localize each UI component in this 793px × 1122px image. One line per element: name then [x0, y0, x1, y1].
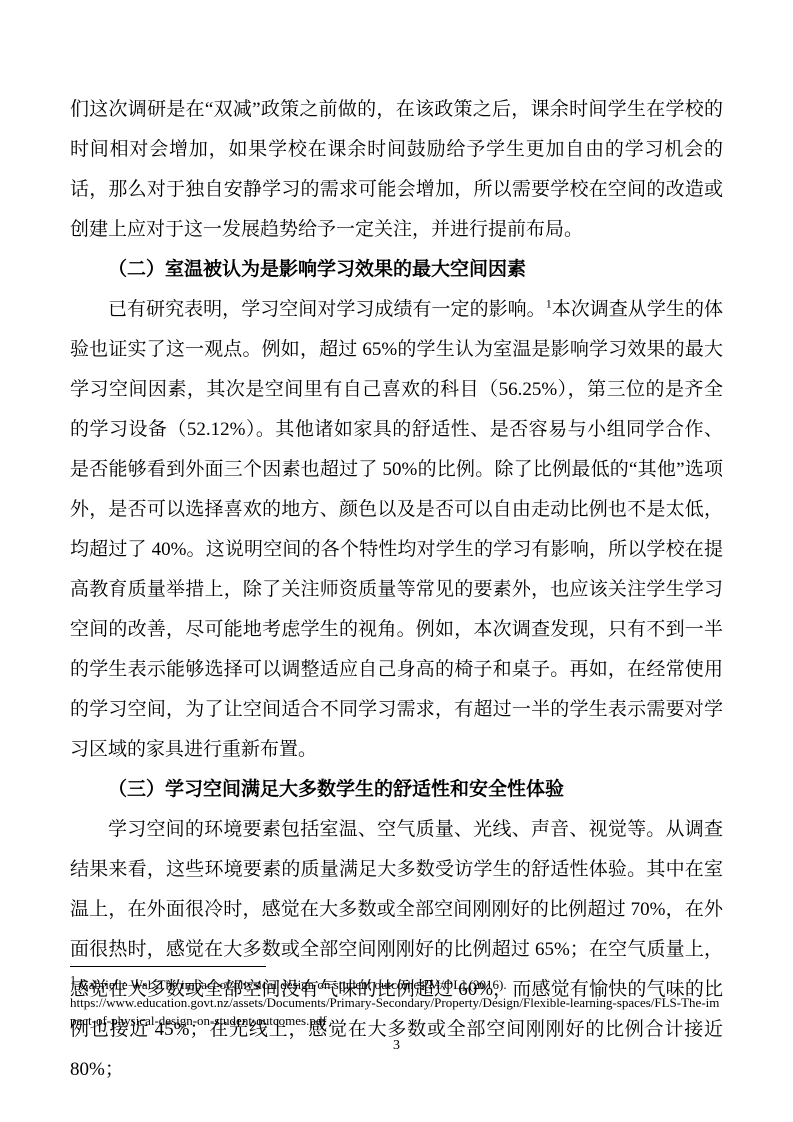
paragraph-temperature: 已有研究表明，学习空间对学习成绩有一定的影响。1本次调查从学生的体验也证实了这一…	[70, 290, 723, 770]
footnote-url: https://www.education.govt.nz/assets/Doc…	[70, 994, 723, 1030]
footnote-area: 1 Gabrielle Wal. The impact of physical …	[70, 966, 723, 1030]
document-body: 们这次调研是在“双减”政策之前做的，在该政策之后，课余时间学生在学校的时间相对会…	[70, 90, 723, 1090]
section-heading-3: （三）学习空间满足大多数学生的舒适性和安全性体验	[70, 770, 723, 810]
footnote-citation-line: 1 Gabrielle Wal. The impact of physical …	[70, 976, 723, 994]
document-page: 们这次调研是在“双减”政策之前做的，在该政策之后，课余时间学生在学校的时间相对会…	[0, 0, 793, 1122]
footnote-marker: 1	[70, 973, 76, 987]
footnote-citation: Gabrielle Wal. The impact of physical de…	[79, 977, 506, 992]
footnote-separator	[70, 966, 266, 967]
paragraph-text-after-note: 本次调查从学生的体验也证实了这一观点。例如，超过 65%的学生认为室温是影响学习…	[70, 299, 723, 760]
page-number: 3	[0, 1036, 793, 1056]
paragraph-text-before-note: 已有研究表明，学习空间对学习成绩有一定的影响。	[108, 299, 546, 320]
paragraph-continuation: 们这次调研是在“双减”政策之前做的，在该政策之后，课余时间学生在学校的时间相对会…	[70, 90, 723, 250]
section-heading-2: （二）室温被认为是影响学习效果的最大空间因素	[70, 250, 723, 290]
